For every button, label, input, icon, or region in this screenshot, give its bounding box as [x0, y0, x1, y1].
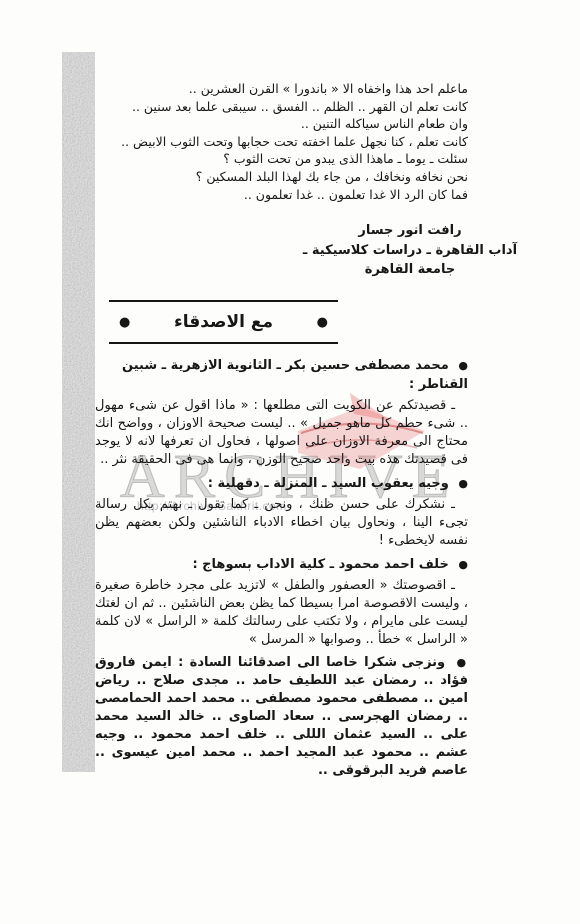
letter-heading-text: خلف احمد محمود ـ كلية الاداب بسوهاج :: [192, 557, 448, 572]
poem-line: وان طعام الناس سياكله التنين ..: [95, 115, 468, 133]
author-signature: رافت انور جسار آداب القاهرة ـ دراسات كلا…: [260, 221, 560, 280]
section-header: ● مع الاصدقاء ●: [109, 300, 338, 344]
poem-line: كانت تعلم ، كنا نجهل علما اخفته تحت حجاب…: [95, 133, 468, 151]
letters-column: ● محمد مصطفى حسين بكر ـ الثانوية الازهري…: [95, 356, 468, 793]
signature-university: جامعة القاهرة: [260, 260, 560, 280]
letter-reply: ـ نشكرك على حسن ظنك ، ونحن ـ كما تقول ـ …: [95, 496, 468, 550]
thanks-text: ونزجى شكرا خاصا الى اصدقائنا السادة : اي…: [95, 655, 468, 778]
bullet-icon: ●: [458, 558, 468, 571]
bullet-icon: ●: [458, 359, 468, 372]
poem-line: ماعلم احد هذا واخفاه الا « باندورا » الق…: [95, 80, 468, 98]
bullet-icon: ●: [119, 316, 130, 329]
poem-line: نحن نخافه ونخافك ، من جاء بك لهذا البلد …: [95, 168, 468, 186]
letter-heading: ● محمد مصطفى حسين بكر ـ الثانوية الازهري…: [95, 356, 468, 394]
scanned-magazine-page: ARCHIVE http://Archive.Sakhrit.com ماعلم…: [0, 0, 580, 924]
section-title: مع الاصدقاء: [174, 312, 273, 332]
letter-heading: ● وجيه يعقوب السيد ـ المنزلة ـ دقهلية :: [95, 474, 468, 493]
scan-gutter-strip: [62, 52, 95, 772]
letter-reply: ـ اقصوصتك « العصفور والطفل » لاتزيد على …: [95, 577, 468, 649]
signature-name: رافت انور جسار: [260, 221, 560, 241]
poem-line: كانت تعلم ان القهر .. الظلم .. الفسق .. …: [95, 98, 468, 116]
letter-heading-text: وجيه يعقوب السيد ـ المنزلة ـ دقهلية :: [208, 476, 449, 491]
thanks-paragraph: ● ونزجى شكرا خاصا الى اصدقائنا السادة : …: [95, 654, 468, 780]
letter-heading: ● خلف احمد محمود ـ كلية الاداب بسوهاج :: [95, 555, 468, 574]
bullet-icon: ●: [458, 477, 468, 490]
poem-line: سئلت ـ يوما ـ ماهذا الذى يبدو من تحت الث…: [95, 150, 468, 168]
poem-line: فما كان الرد الا غدا تعلمون .. غدا تعلمو…: [95, 186, 468, 204]
bullet-icon: ●: [457, 656, 468, 669]
poem-block: ماعلم احد هذا واخفاه الا « باندورا » الق…: [95, 80, 468, 203]
signature-affiliation: آداب القاهرة ـ دراسات كلاسيكية ـ: [260, 241, 560, 261]
letter-heading-text: محمد مصطفى حسين بكر ـ الثانوية الازهرية …: [122, 358, 468, 392]
bullet-icon: ●: [317, 316, 328, 329]
letter-reply: ـ قصيدتكم عن الكويت التى مطلعها : « ماذا…: [95, 397, 468, 469]
